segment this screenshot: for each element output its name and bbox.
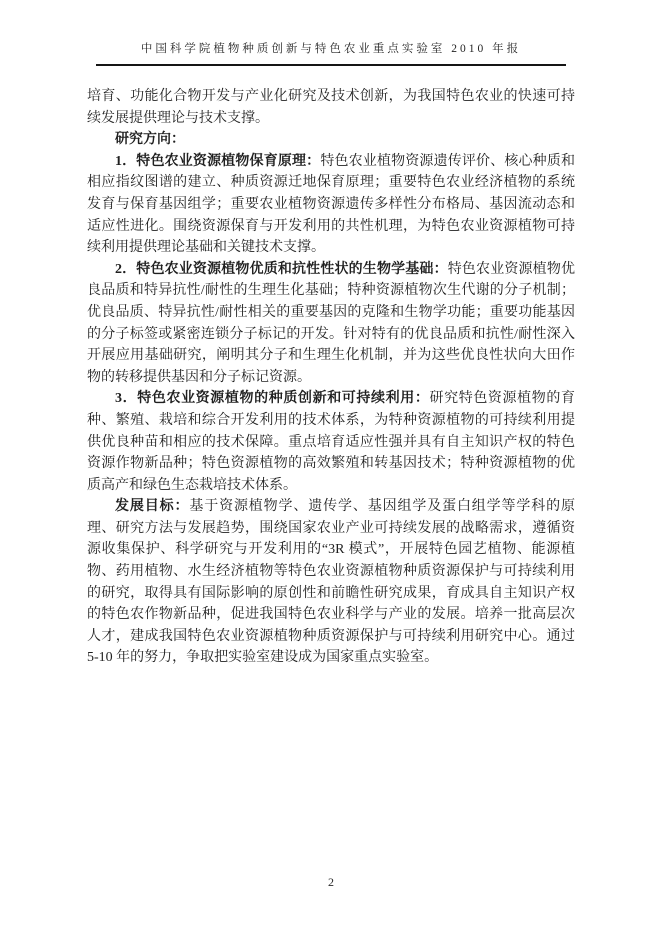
page-header: 中国科学院植物种质创新与特色农业重点实验室 2010 年报 bbox=[0, 0, 662, 66]
direction-1-label: 1．特色农业资源植物保育原理： bbox=[115, 154, 320, 169]
paragraph-development-goal: 发展目标：基于资源植物学、遗传学、基因组学及蛋白组学等学科的原理、研究方法与发展… bbox=[87, 496, 575, 669]
paragraph-direction-2: 2．特色农业资源植物优质和抗性性状的生物学基础：特色农业资源植物优良品质和特异抗… bbox=[87, 259, 575, 389]
header-rule bbox=[96, 64, 566, 66]
development-goal-text: 基于资源植物学、遗传学、基因组学及蛋白组学等学科的原理、研究方法与发展趋势，围绕… bbox=[87, 499, 575, 665]
section-heading-research-directions: 研究方向： bbox=[87, 129, 575, 151]
paragraph-direction-3: 3．特色农业资源植物的种质创新和可持续利用：研究特色资源植物的育种、繁殖、栽培和… bbox=[87, 388, 575, 496]
page-number: 2 bbox=[0, 875, 662, 890]
direction-2-label: 2．特色农业资源植物优质和抗性性状的生物学基础： bbox=[115, 262, 448, 277]
paragraph-intro-continuation: 培育、功能化合物开发与产业化研究及技术创新，为我国特色农业的快速可持续发展提供理… bbox=[87, 86, 575, 129]
direction-2-text: 特色农业资源植物优良品质和特异抗性/耐性的生理生化基础；特种资源植物次生代谢的分… bbox=[87, 262, 575, 385]
document-body: 培育、功能化合物开发与产业化研究及技术创新，为我国特色农业的快速可持续发展提供理… bbox=[87, 86, 575, 669]
direction-3-text: 研究特色资源植物的育种、繁殖、栽培和综合开发利用的技术体系，为特种资源植物的可持… bbox=[87, 391, 575, 492]
page-header-title: 中国科学院植物种质创新与特色农业重点实验室 2010 年报 bbox=[0, 42, 662, 57]
development-goal-label: 发展目标： bbox=[115, 499, 189, 514]
paragraph-direction-1: 1．特色农业资源植物保育原理：特色农业植物资源遗传评价、核心种质和相应指纹图谱的… bbox=[87, 151, 575, 259]
direction-3-label: 3．特色农业资源植物的种质创新和可持续利用： bbox=[115, 391, 429, 406]
document-page: 中国科学院植物种质创新与特色农业重点实验室 2010 年报 培育、功能化合物开发… bbox=[0, 0, 662, 936]
